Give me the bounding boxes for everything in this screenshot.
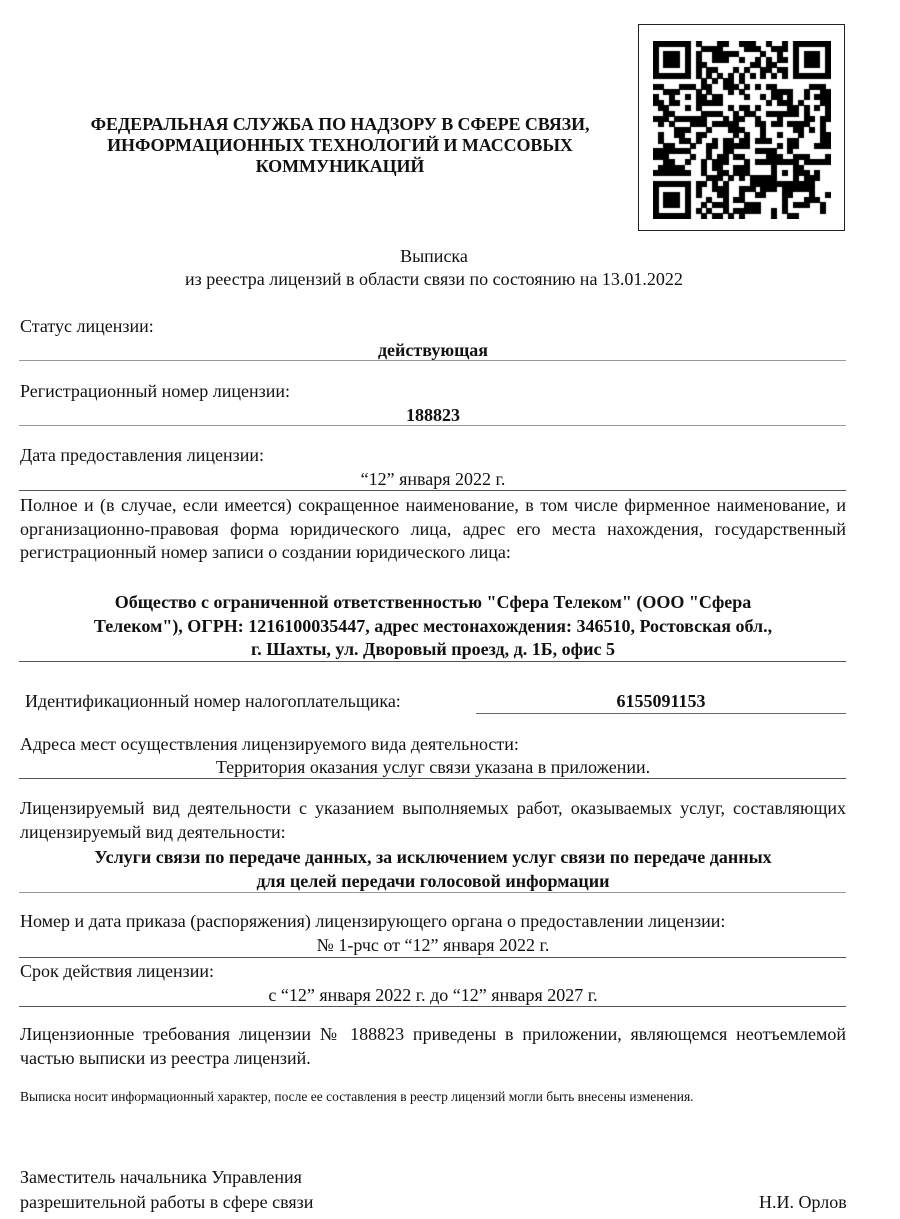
agency-name-line-3: КОММУНИКАЦИЙ <box>30 156 650 177</box>
document-subtitle: из реестра лицензий в области связи по с… <box>0 269 868 290</box>
qr-code-icon <box>653 41 831 219</box>
entity-value-line-2: Телеком"), ОГРН: 1216100035447, адрес ме… <box>20 615 846 639</box>
signatory-name: Н.И. Орлов <box>759 1192 847 1213</box>
activity-value: Услуги связи по передаче данных, за искл… <box>20 846 846 893</box>
requirements-note: Лицензионные требования лицензии № 18882… <box>20 1023 846 1070</box>
inn-underline <box>476 713 846 714</box>
agency-name: ФЕДЕРАЛЬНАЯ СЛУЖБА ПО НАДЗОРУ В СФЕРЕ СВ… <box>30 114 650 177</box>
activity-label: Лицензируемый вид деятельности с указани… <box>20 797 846 844</box>
signatory-position-line-2: разрешительной работы в сфере связи <box>20 1192 313 1213</box>
qr-code-frame <box>638 24 845 231</box>
order-label: Номер и дата приказа (распоряжения) лице… <box>20 911 725 932</box>
status-label: Статус лицензии: <box>20 316 154 337</box>
inn-label: Идентификационный номер налогоплательщик… <box>25 691 401 712</box>
term-value: с “12” января 2022 г. до “12” января 202… <box>20 985 846 1006</box>
status-value: действующая <box>20 340 846 361</box>
divider <box>19 778 846 779</box>
reg-number-value: 188823 <box>20 405 846 426</box>
divider <box>19 425 846 426</box>
term-label: Срок действия лицензии: <box>20 961 214 982</box>
entity-value: Общество с ограниченной ответственностью… <box>20 591 846 662</box>
addresses-value: Территория оказания услуг связи указана … <box>20 757 846 778</box>
order-value: № 1-рчс от “12” января 2022 г. <box>20 935 846 956</box>
entity-label: Полное и (в случае, если имеется) сокращ… <box>20 494 846 565</box>
divider <box>19 892 846 893</box>
divider <box>19 957 846 958</box>
document-title: Выписка <box>0 246 868 267</box>
reg-number-label: Регистрационный номер лицензии: <box>20 381 290 402</box>
agency-name-line-2: ИНФОРМАЦИОННЫХ ТЕХНОЛОГИЙ И МАССОВЫХ <box>30 135 650 156</box>
grant-date-value: “12” января 2022 г. <box>20 469 846 490</box>
entity-value-line-1: Общество с ограниченной ответственностью… <box>20 591 846 615</box>
divider <box>19 360 846 361</box>
entity-value-line-3: г. Шахты, ул. Дворовый проезд, д. 1Б, оф… <box>20 638 846 662</box>
disclaimer-note: Выписка носит информационный характер, п… <box>20 1087 846 1106</box>
inn-value: 6155091153 <box>476 691 846 712</box>
grant-date-label: Дата предоставления лицензии: <box>20 445 264 466</box>
signatory-position-line-1: Заместитель начальника Управления <box>20 1167 302 1188</box>
divider <box>19 661 846 662</box>
addresses-label: Адреса мест осуществления лицензируемого… <box>20 734 519 755</box>
divider <box>19 1006 846 1007</box>
agency-name-line-1: ФЕДЕРАЛЬНАЯ СЛУЖБА ПО НАДЗОРУ В СФЕРЕ СВ… <box>30 114 650 135</box>
activity-value-line-1: Услуги связи по передаче данных, за искл… <box>20 846 846 870</box>
divider <box>19 490 846 491</box>
activity-value-line-2: для целей передачи голосовой информации <box>20 870 846 894</box>
